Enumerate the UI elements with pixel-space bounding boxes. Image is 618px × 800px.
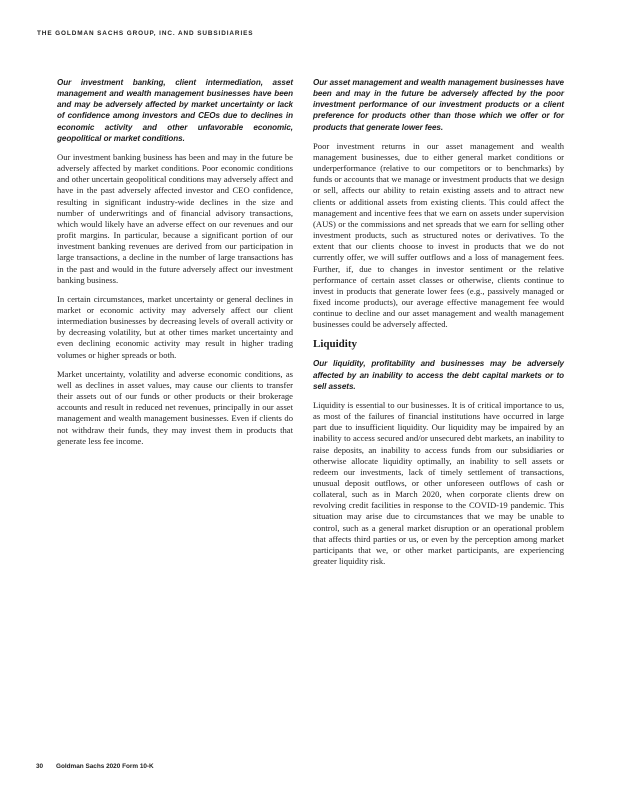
body-paragraph: In certain circumstances, market uncerta… [57, 294, 293, 361]
body-paragraph: Market uncertainty, volatility and adver… [57, 369, 293, 447]
right-column: Our asset management and wealth manageme… [313, 77, 564, 575]
body-paragraph: Our investment banking business has been… [57, 152, 293, 286]
page-number: 30 [36, 763, 56, 770]
risk-factor-heading-investment-banking: Our investment banking, client intermedi… [57, 77, 293, 144]
risk-factor-heading-asset-management: Our asset management and wealth manageme… [313, 77, 564, 133]
body-paragraph: Liquidity is essential to our businesses… [313, 400, 564, 567]
page-footer: 30Goldman Sachs 2020 Form 10-K [36, 763, 154, 770]
publication-title: Goldman Sachs 2020 Form 10-K [56, 763, 154, 770]
left-column: Our investment banking, client intermedi… [57, 77, 293, 455]
running-header: The Goldman Sachs Group, Inc. and Subsid… [37, 30, 253, 37]
body-paragraph: Poor investment returns in our asset man… [313, 141, 564, 331]
section-heading-liquidity: Liquidity [313, 338, 564, 351]
risk-factor-heading-liquidity: Our liquidity, profitability and busines… [313, 358, 564, 391]
